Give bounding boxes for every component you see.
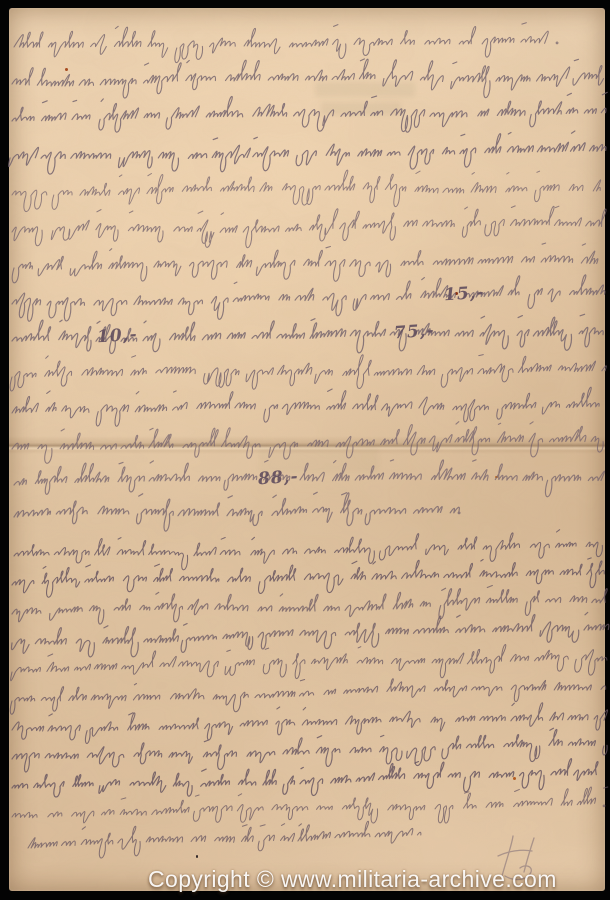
- show-through-mark: [315, 82, 415, 97]
- paper-speck: [513, 777, 516, 780]
- paper-speck: [495, 476, 498, 478]
- price-fragment: 15,-: [443, 283, 485, 306]
- show-through-mark: [321, 102, 401, 115]
- scan-background: 15,- 10,- 75,- 88,- Copyright © www.mili…: [0, 0, 610, 900]
- fold-crease: [9, 436, 605, 454]
- price-fragment: 75,-: [393, 321, 435, 344]
- paper-speck: [196, 855, 198, 858]
- watermark: Copyright © www.militaria-archive.com: [148, 866, 557, 892]
- letter-paper: [9, 8, 605, 891]
- price-fragment: 88,-: [257, 467, 299, 490]
- paper-speck: [65, 68, 68, 71]
- price-fragment: 10,-: [96, 325, 138, 348]
